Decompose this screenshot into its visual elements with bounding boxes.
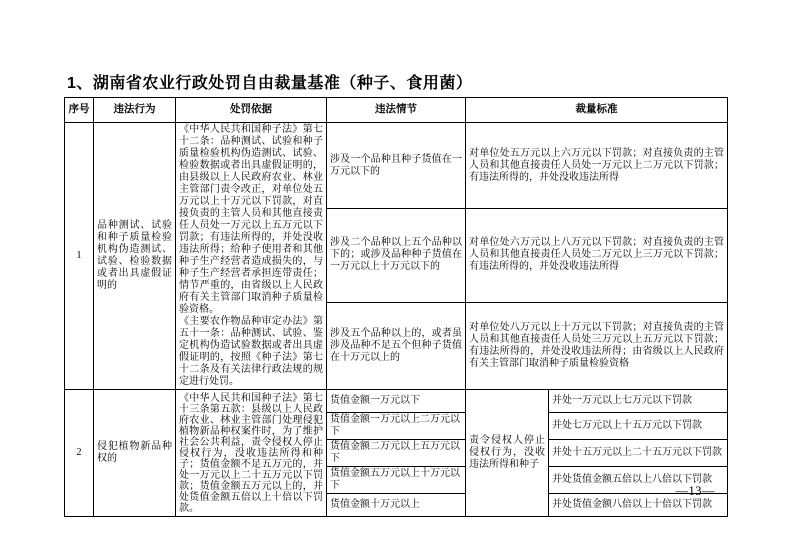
row1-act-cell: 品种测试、试验和种子质量检验机构伪造测试、试验、检验数据或者出具虚假证明的 — [94, 123, 176, 390]
circumstance-cell: 货值金额一万元以上二万元以下 — [327, 413, 466, 440]
circumstance-cell: 货值金额十万元以上 — [327, 494, 466, 517]
circumstance-cell: 货值金额二万元以上五万元以下 — [327, 440, 466, 467]
col-header-basis: 处罚依据 — [176, 98, 327, 123]
standard-cell: 对单位处八万元以上十万元以下罚款；对直接负责的主管人员和其他直接责任人员处三万元… — [466, 302, 728, 390]
col-header-circumstance: 违法情节 — [327, 98, 466, 123]
standard-cell: 对单位处六万元以上八万元以下罚款；对直接负责的主管人员和其他直接责任人员处二万元… — [466, 209, 728, 302]
row1-basis-cell: 《中华人民共和国种子法》第七十二条：品种测试、试验和种子质量检验机构伪造测试、试… — [176, 123, 327, 390]
circumstance-cell: 货值金额五万元以上十万元以下 — [327, 467, 466, 494]
standard-cell: 并处一万元以上七万元以下罚款 — [549, 390, 728, 413]
circumstance-cell: 涉及一个品种且种子货值在一万元以下的 — [327, 123, 466, 209]
row1-basis-paragraph-1: 《中华人民共和国种子法》第七十二条：品种测试、试验和种子质量检验机构伪造测试、试… — [179, 124, 323, 316]
row1-basis-paragraph-2: 《主要农作物品种审定办法》第五十一条：品种测试、试验、鉴定机构伪造试验数据或者出… — [179, 316, 323, 388]
penalty-discretion-table: 序号 违法行为 处罚依据 违法情节 裁量标准 1 品种测试、试验和种子质量检验机… — [64, 97, 728, 517]
circumstance-cell: 涉及五个品种以上的，或者虽涉及品种不足五个但种子货值在十万元以上的 — [327, 302, 466, 390]
row2-common-standard-cell: 责令侵权人停止侵权行为，没收违法所得和种子 — [466, 390, 549, 517]
row2-seq-cell: 2 — [65, 390, 94, 517]
document-page: 1、湖南省农业行政处罚自由裁量基准（种子、食用菌） 序号 违法行为 处罚依据 违… — [0, 0, 785, 555]
standard-cell: 对单位处五万元以上六万元以下罚款；对直接负责的主管人员和其他直接责任人员处一万元… — [466, 123, 728, 209]
table-row: 2 侵犯植物新品种权的 《中华人民共和国种子法》第七十三条第五款：县级以上人民政… — [65, 390, 728, 413]
col-header-act: 违法行为 — [94, 98, 176, 123]
table-row: 1 品种测试、试验和种子质量检验机构伪造测试、试验、检验数据或者出具虚假证明的 … — [65, 123, 728, 209]
row2-basis-cell: 《中华人民共和国种子法》第七十三条第五款：县级以上人民政府农业、林业主管部门处理… — [176, 390, 327, 517]
row1-seq-cell: 1 — [65, 123, 94, 390]
row2-act-cell: 侵犯植物新品种权的 — [94, 390, 176, 517]
circumstance-cell: 涉及二个品种以上五个品种以下的；或涉及品种种子货值在一万元以上十万元以下的 — [327, 209, 466, 302]
page-number: —13— — [676, 484, 716, 499]
col-header-standard: 裁量标准 — [466, 98, 728, 123]
standard-cell: 并处十五万元以上二十五万元以下罚款 — [549, 440, 728, 467]
col-header-seq: 序号 — [65, 98, 94, 123]
standard-cell: 并处七万元以上十五万元以下罚款 — [549, 413, 728, 440]
table-header-row: 序号 违法行为 处罚依据 违法情节 裁量标准 — [65, 98, 728, 123]
circumstance-cell: 货值金额一万元以下 — [327, 390, 466, 413]
page-title: 1、湖南省农业行政处罚自由裁量基准（种子、食用菌） — [67, 70, 472, 93]
